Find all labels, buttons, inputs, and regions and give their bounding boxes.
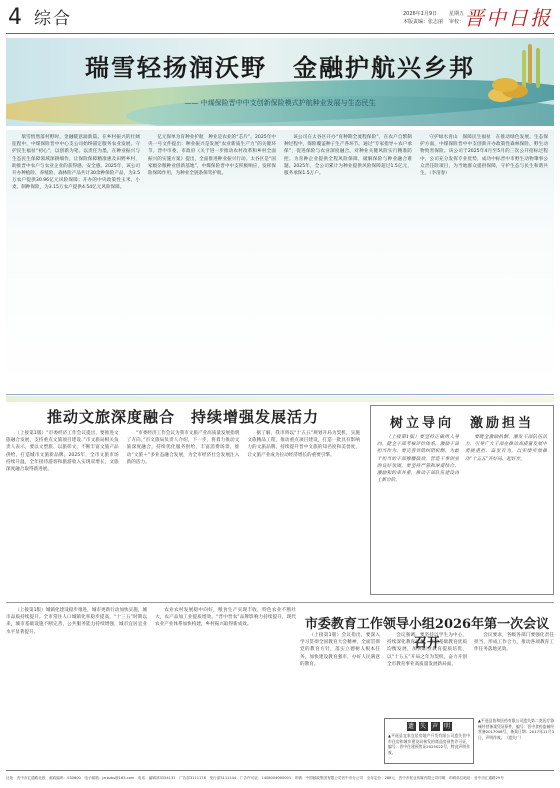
commentary-box: 树立导向 激励担当 （上接第1版）要坚持正确用人导向，健全干部考核评价体系，激励…: [370, 405, 554, 595]
article-column: （上接第1版）城镇化建设稳步推进，城市更新行动加快实施，城市品质持续提升。全市常…: [6, 607, 147, 757]
issue-weekday: 星期五: [449, 10, 464, 18]
paragraph: （上接第1版）城镇化建设稳步推进，城市更新行动加快实施，城市品质持续提升。全市常…: [6, 607, 147, 636]
paragraph: （上接第1版）会议指出，要深入学习贯彻全国教育大会精神，全面贯彻党的教育方针，落…: [300, 632, 380, 668]
paragraph: 会议要求，各级各部门要强化责任担当，形成工作合力，推动各项教育工作任务落地见效。: [474, 632, 554, 654]
paragraph: 该公司在太谷区开办“育种期全流程保险”，在农户自繁制种过程中，保险覆盖种子生产各…: [284, 134, 412, 177]
proofreader-label: 审校：: [449, 18, 464, 26]
article-column: 要健全激励机制，激发干部队伍活力，引导广大干部在推动高质量发展中勇挑重担、奋发有…: [465, 434, 547, 590]
section-divider: [6, 602, 554, 603]
article-column: 据了解，我市将以“十五五”规划开局为契机，实施文旅精品工程，推动重点项目建设，打…: [247, 430, 360, 594]
culture-tourism-article: 推动文旅深度融合 持续增强发展活力 （上接第1版）“市委经济工作会议提出，要推进…: [6, 402, 360, 594]
badge-char: 失: [419, 722, 428, 731]
banner-title: 瑞雪轻扬润沃野 金融护航兴乡邦: [6, 48, 554, 83]
masthead: 4 综合 2026年1月9日 星期五 本版责编：张志丽 审校： 晋中日报: [6, 4, 554, 34]
article-headline: 树立导向 激励担当: [371, 412, 553, 431]
paragraph: 瑞雪悄然落村野时，金融暖意涌新篇。在乡村振兴的壮阔征程中，中煤保险晋中中心支公司…: [12, 134, 140, 192]
notice-text: ▲平遥县协和医药有限公司遗失第二类医疗器械经营备案凭证原件，编号：晋中食药监械经…: [478, 718, 554, 740]
article-headline: 推动文旅深度融合 持续增强发展活力: [6, 406, 360, 427]
page-number: 4: [8, 4, 22, 32]
article-column: （上接第1版）“市委经济工作会议提出，要推进文旅融合发展，支持重点文旅项目建设。…: [6, 430, 119, 594]
section-name: 综合: [34, 7, 72, 31]
editor-label: 本版责编：张志丽: [403, 18, 443, 26]
notice-badge: 遗 失 声 明: [388, 722, 470, 731]
issue-date: 2026年1月9日: [403, 10, 443, 18]
notice-text: ▲平遥县宜家宜居房地产开发有限公司遗失晋中市住房和城乡建设局核发的商品房预售许可…: [388, 733, 470, 755]
issue-meta: 2026年1月9日 星期五 本版责编：张志丽 审校：: [403, 10, 464, 26]
article-column: “市委经济工作会议为我市文旅产业高质量发展指明了方向。”市文旅局负责人介绍，下一…: [127, 430, 240, 594]
lost-notice-box: 遗 失 声 明 ▲平遥县宜家宜居房地产开发有限公司遗失晋中市住房和城乡建设局核发…: [384, 718, 474, 764]
paragraph: 会议强调，要坚持以学生为中心，持续深化教育改革，推动基础教育优质均衡发展，加快职…: [387, 632, 467, 668]
newspaper-logo: 晋中日报: [464, 4, 552, 32]
badge-char: 遗: [407, 722, 416, 731]
feature-article: 瑞雪悄然落村野时，金融暖意涌新篇。在乡村振兴的壮阔征程中，中煤保险晋中中心支公司…: [6, 130, 554, 395]
urban-development-article: （上接第1版）城镇化建设稳步推进，城市更新行动加快实施，城市品质持续提升。全市常…: [6, 607, 296, 757]
paragraph: 农业农村发展稳中向好，粮食生产实现丰收，特色农业不断壮大，农产品加工业提质增效。…: [155, 607, 296, 629]
article-column: （上接第1版）会议指出，要深入学习贯彻全国教育大会精神，全面贯彻党的教育方针，落…: [300, 632, 380, 752]
paragraph: 守护绿水青山 保障民生福祉 在推动绿色发展、生态保护方面，中煤保险晋中中支创新开…: [420, 134, 548, 177]
article-column: 守护绿水青山 保障民生福祉 在推动绿色发展、生态保护方面，中煤保险晋中中支创新开…: [420, 134, 548, 390]
banner-subtitle: —— 中煤保险晋中中支创新保险模式护航种业发展与生态民生: [6, 98, 554, 108]
editor-prefix: 本版责编：: [403, 19, 428, 25]
article-column: 瑞雪悄然落村野时，金融暖意涌新篇。在乡村振兴的壮阔征程中，中煤保险晋中中心支公司…: [12, 134, 140, 390]
lost-notice-continued: ▲平遥县协和医药有限公司遗失第二类医疗器械经营备案凭证原件，编号：晋中食药监械经…: [478, 718, 554, 764]
paragraph: 亿元保单为育种业护航 种业是农业的“芯片”。2025年中央一号文件提出：种业振兴…: [148, 134, 276, 177]
paragraph: 要健全激励机制，激发干部队伍活力，引导广大干部在推动高质量发展中勇挑重担、奋发有…: [465, 434, 547, 463]
paragraph: （上接第1版）要坚持正确用人导向，健全干部考核评价体系，激励干部担当作为。要完善…: [377, 434, 459, 484]
paragraph: “市委经济工作会议为我市文旅产业高质量发展指明了方向。”市文旅局负责人介绍，下一…: [127, 430, 240, 466]
paragraph: 据了解，我市将以“十五五”规划开局为契机，实施文旅精品工程，推动重点项目建设，打…: [247, 430, 360, 459]
page-footer: 社址：晋中市汇通路北段 邮政编码：030600 电子邮箱：jzrbzbs@163…: [6, 770, 554, 784]
badge-char: 声: [431, 722, 440, 731]
editor-name: 张志丽: [428, 19, 443, 25]
feature-banner: 瑞雪轻扬润沃野 金融护航兴乡邦 —— 中煤保险晋中中支创新保险模式护航种业发展与…: [6, 38, 554, 126]
article-column: 农业农村发展稳中向好，粮食生产实现丰收，特色农业不断壮大，农产品加工业提质增效。…: [155, 607, 296, 757]
article-column: 该公司在太谷区开办“育种期全流程保险”，在农户自繁制种过程中，保险覆盖种子生产各…: [284, 134, 412, 390]
paragraph: （上接第1版）“市委经济工作会议提出，要推进文旅融合发展，支持重点文旅项目建设。…: [6, 430, 119, 473]
badge-char: 明: [443, 722, 452, 731]
article-column: （上接第1版）要坚持正确用人导向，健全干部考核评价体系，激励干部担当作为。要完善…: [377, 434, 459, 590]
article-column: 亿元保单为育种业护航 种业是农业的“芯片”。2025年中央一号文件提出：种业振兴…: [148, 134, 276, 390]
